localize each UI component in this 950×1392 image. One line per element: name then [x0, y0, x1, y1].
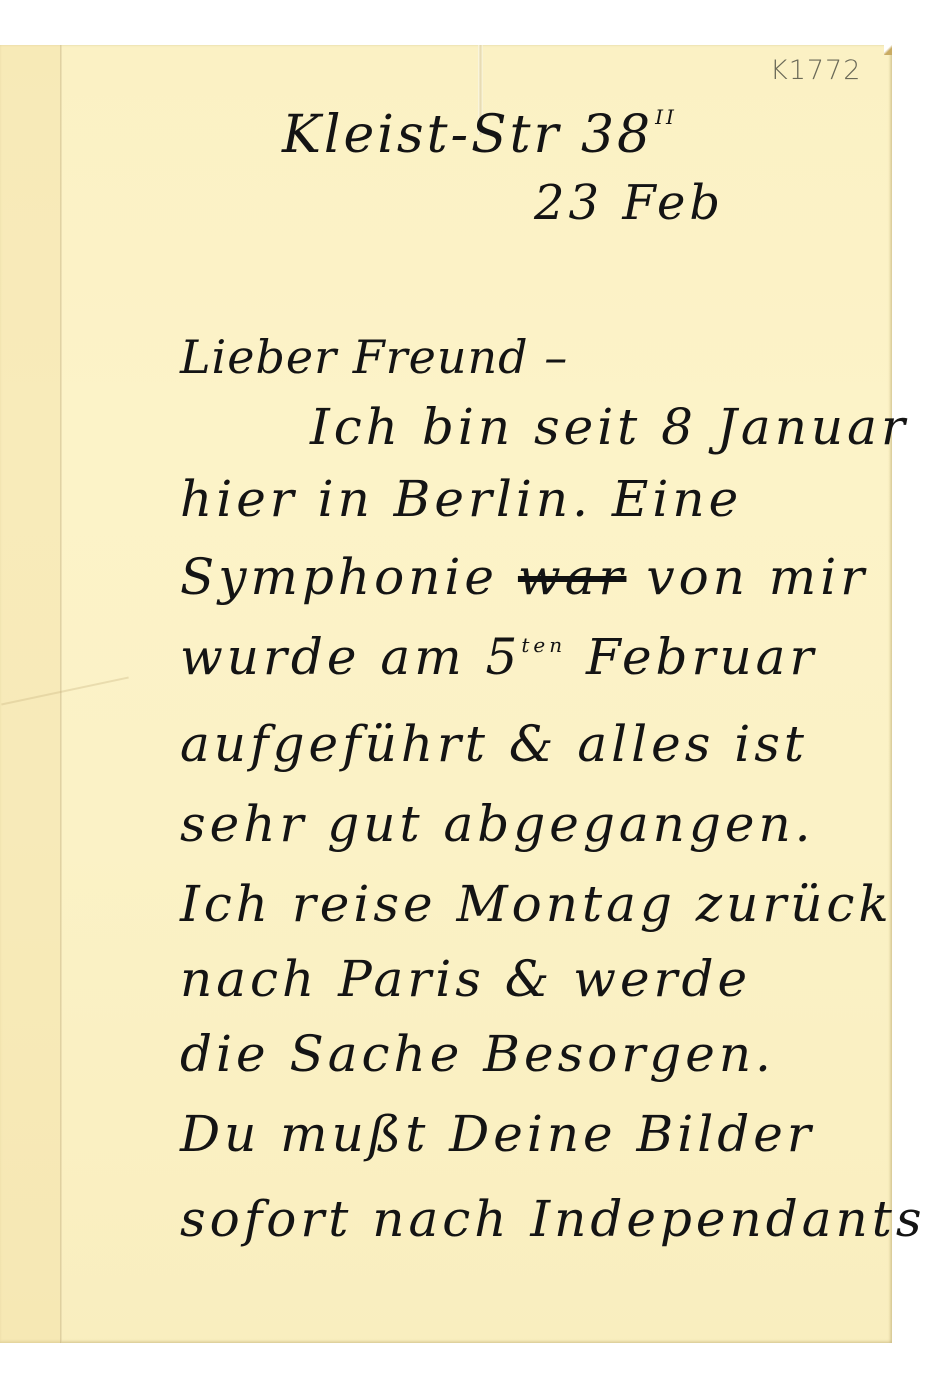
- body-line-9: die Sache Besorgen.: [180, 1025, 775, 1083]
- archive-number: K1772: [770, 55, 861, 86]
- body-line-7: Ich reise Montag zurück: [180, 875, 893, 933]
- address-floor: II: [655, 105, 677, 129]
- body-line-2: hier in Berlin. Eine: [180, 470, 742, 528]
- worn-corner: [884, 45, 892, 55]
- body-line-1: Ich bin seit 8 Januar: [310, 398, 909, 456]
- body-line-8: nach Paris & werde: [180, 950, 751, 1008]
- vertical-fold-line: [60, 45, 62, 1343]
- body-line-10: Du mußt Deine Bilder: [180, 1105, 815, 1163]
- letter-date: 23 Feb: [534, 175, 724, 231]
- address-text: Kleist-Str 38: [282, 105, 653, 165]
- text-wurde-am: wurde am 5: [180, 628, 521, 686]
- body-line-5: aufgeführt & alles ist: [180, 715, 808, 773]
- letter-address: Kleist-Str 38II: [282, 105, 677, 165]
- body-line-3: Symphonie war von mir: [180, 548, 868, 606]
- word-symphonie: Symphonie: [180, 548, 498, 606]
- struck-out-word: war: [518, 548, 627, 606]
- body-line-4: wurde am 5ten Februar: [180, 628, 817, 686]
- ordinal-suffix: ten: [521, 633, 566, 657]
- body-line-6: sehr gut abgegangen.: [180, 795, 815, 853]
- body-line-11: sofort nach Independants: [180, 1190, 926, 1248]
- salutation: Lieber Freund –: [180, 330, 568, 384]
- word-von-mir: von mir: [646, 548, 868, 606]
- word-februar: Februar: [586, 628, 817, 686]
